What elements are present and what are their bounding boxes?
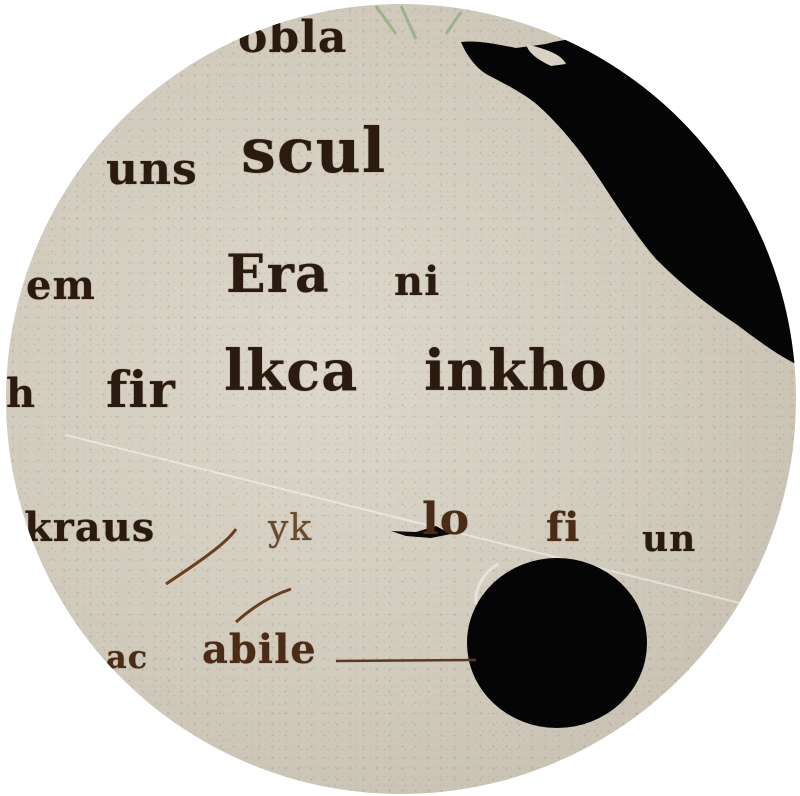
text-layer: obla uns scul em Era ni h fir lkca inkho… xyxy=(6,4,796,794)
word: lo xyxy=(422,494,470,545)
word: un xyxy=(642,518,696,560)
word: ni xyxy=(394,258,440,305)
word: fir xyxy=(106,360,176,419)
word: lkca xyxy=(224,338,358,404)
manuscript-image: obla uns scul em Era ni h fir lkca inkho… xyxy=(0,0,800,796)
word: uns xyxy=(106,144,198,195)
word: inkho xyxy=(424,338,608,404)
word: kraus xyxy=(24,504,155,551)
word: abile xyxy=(202,626,317,673)
word: yk xyxy=(268,508,312,549)
word: fi xyxy=(546,504,580,551)
word: h xyxy=(6,370,36,417)
word: obla xyxy=(238,12,347,63)
word: ac xyxy=(106,638,148,676)
word: scul xyxy=(241,114,386,187)
word: em xyxy=(26,262,96,309)
parchment-disc: obla uns scul em Era ni h fir lkca inkho… xyxy=(6,4,796,794)
word: Era xyxy=(226,244,330,305)
